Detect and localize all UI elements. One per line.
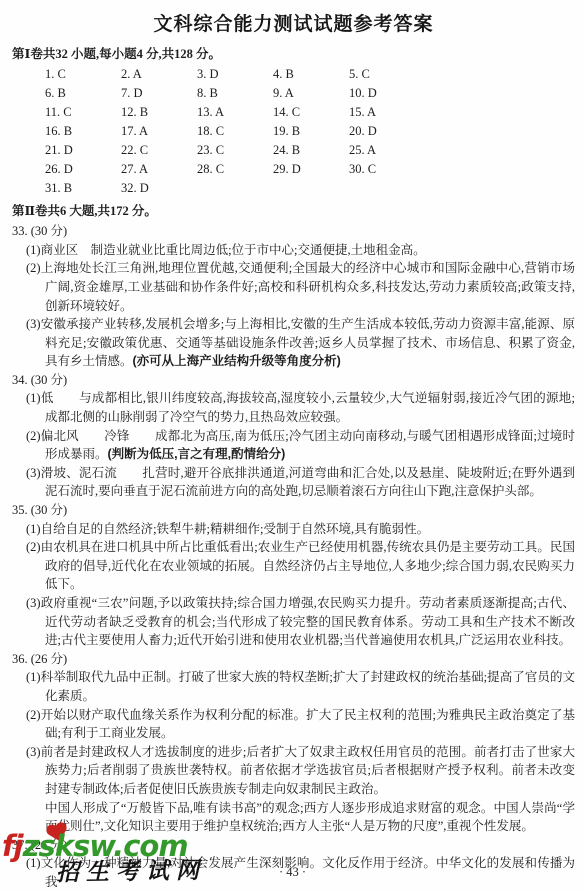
answer-item: 6. B [45, 84, 121, 103]
part-text: 上海地处长江三角洲,地理位置优越,交通便利;全国最大的经济中心城市和国际金融中心… [41, 261, 575, 312]
question-number: 33. (30 分) [12, 222, 575, 241]
answer-item: 30. C [349, 160, 425, 179]
answer-item: 22. C [121, 141, 197, 160]
question-number: 37. (26 分) [12, 836, 575, 855]
answer-item: 23. C [197, 141, 273, 160]
answer-item: 28. C [197, 160, 273, 179]
answer-item: 4. B [273, 65, 349, 84]
section1-heading: 第Ⅰ卷共32 小题,每小题4 分,共128 分。 [12, 45, 575, 64]
part-text: 由农机具在进口机具中所占比重低看出;农业生产已经使用机器,传统农具仍是主要劳动工… [41, 540, 575, 591]
answer-item: 20. D [349, 122, 425, 141]
section2-heading: 第Ⅱ卷共6 大题,共172 分。 [12, 202, 575, 221]
answer-item: 18. C [197, 122, 273, 141]
answer-part: 中国人形成了“万般皆下品,唯有读书高”的观念;西方人逐步形成追求财富的观念。中国… [26, 799, 575, 836]
page-title: 文科综合能力测试试题参考答案 [12, 16, 575, 35]
answer-part: (3)安徽承接产业转移,发展机会增多;与上海相比,安徽的生产生活成本较低,劳动力… [26, 315, 575, 371]
answer-part: (2)开始以财产取代血缘关系作为权利分配的标准。扩大了民主权利的范围;为雅典民主… [26, 706, 575, 743]
part-marker: (1) [26, 522, 41, 536]
answer-item: 11. C [45, 103, 121, 122]
question-parts: (1)科举制取代九品中正制。打破了世家大族的特权垄断;扩大了封建政权的统治基础;… [12, 668, 575, 835]
part-text: 中国人形成了“万般皆下品,唯有读书高”的观念;西方人逐步形成追求财富的观念。中国… [45, 801, 575, 834]
part-marker: (1) [26, 243, 41, 257]
part-marker: (1) [26, 670, 41, 684]
answer-item: 7. D [121, 84, 197, 103]
question-parts: (1)低 与成都相比,银川纬度较高,海拔较高,湿度较小,云量较少,大气逆辐射弱,… [12, 389, 575, 501]
page-number: · 43 · [0, 863, 585, 882]
answer-item: 14. C [273, 103, 349, 122]
answer-item: 9. A [273, 84, 349, 103]
answer-item: 2. A [121, 65, 197, 84]
part-marker: (1) [26, 391, 41, 405]
answer-part: (1)自给自足的自然经济;铁犁牛耕;精耕细作;受制于自然环境,具有脆弱性。 [26, 520, 575, 539]
part-marker: (2) [26, 429, 41, 443]
answer-part: (2)上海地处长江三角洲,地理位置优越,交通便利;全国最大的经济中心城市和国际金… [26, 259, 575, 315]
answer-item: 32. D [121, 179, 197, 198]
document-page: 文科综合能力测试试题参考答案 第Ⅰ卷共32 小题,每小题4 分,共128 分。 … [0, 0, 585, 892]
answer-item: 5. C [349, 65, 425, 84]
answer-item: 27. A [121, 160, 197, 179]
answer-part: (3)滑坡、泥石流 扎营时,避开谷底排洪通道,河道弯曲和汇合处,以及悬崖、陡坡附… [26, 464, 575, 501]
answer-item: 15. A [349, 103, 425, 122]
part-marker: (3) [26, 596, 41, 610]
answer-item: 13. A [197, 103, 273, 122]
part-note-bold: (判断为低压,言之有理,酌情给分) [108, 447, 286, 461]
question-block: 33. (30 分) (1)商业区 制造业就业比重比周边低;位于市中心;交通便捷… [12, 222, 575, 371]
answer-part: (1)低 与成都相比,银川纬度较高,海拔较高,湿度较小,云量较少,大气逆辐射弱,… [26, 389, 575, 426]
answer-item: 21. D [45, 141, 121, 160]
questions-list: 33. (30 分) (1)商业区 制造业就业比重比周边低;位于市中心;交通便捷… [12, 222, 575, 891]
answer-item: 10. D [349, 84, 425, 103]
answer-part: (2)偏北风 冷锋 成都北为高压,南为低压;冷气团主动向南移动,与暖气团相遇形成… [26, 427, 575, 464]
question-number: 36. (26 分) [12, 650, 575, 669]
part-text: 低 与成都相比,银川纬度较高,海拔较高,湿度较小,云量较少,大气逆辐射弱,接近冷… [41, 391, 575, 424]
answer-item: 31. B [45, 179, 121, 198]
part-marker: (3) [26, 317, 41, 331]
answer-item: 24. B [273, 141, 349, 160]
answer-item: 29. D [273, 160, 349, 179]
part-text: 政府重视“三农”问题,予以政策扶持;综合国力增强,农民购买力提升。劳动者素质逐渐… [41, 596, 575, 647]
answer-part: (3)政府重视“三农”问题,予以政策扶持;综合国力增强,农民购买力提升。劳动者素… [26, 594, 575, 650]
part-note-bold: (亦可从上海产业结构升级等角度分析) [133, 354, 341, 368]
part-marker: (3) [26, 466, 41, 480]
answer-grid: 1. C 2. A 3. D 4. B 5. C 6. B 7. D 8. B … [45, 65, 575, 197]
answer-part: (1)科举制取代九品中正制。打破了世家大族的特权垄断;扩大了封建政权的统治基础;… [26, 668, 575, 705]
answer-item: 1. C [45, 65, 121, 84]
part-text: 商业区 制造业就业比重比周边低;位于市中心;交通便捷,土地租金高。 [41, 243, 426, 257]
answer-item: 17. A [121, 122, 197, 141]
question-block: 36. (26 分) (1)科举制取代九品中正制。打破了世家大族的特权垄断;扩大… [12, 650, 575, 836]
answer-item: 8. B [197, 84, 273, 103]
part-marker: (2) [26, 540, 41, 554]
part-text: 科举制取代九品中正制。打破了世家大族的特权垄断;扩大了封建政权的统治基础;提高了… [41, 670, 575, 703]
answer-item: 26. D [45, 160, 121, 179]
part-text: 滑坡、泥石流 扎营时,避开谷底排洪通道,河道弯曲和汇合处,以及悬崖、陡坡附近;在… [41, 466, 575, 499]
answer-part: (3)前者是封建政权人才选拔制度的进步;后者扩大了奴隶主政权任用官员的范围。前者… [26, 743, 575, 799]
answer-item: 16. B [45, 122, 121, 141]
question-block: 34. (30 分) (1)低 与成都相比,银川纬度较高,海拔较高,湿度较小,云… [12, 371, 575, 501]
question-number: 35. (30 分) [12, 501, 575, 520]
part-text: 自给自足的自然经济;铁犁牛耕;精耕细作;受制于自然环境,具有脆弱性。 [41, 522, 430, 536]
question-block: 35. (30 分) (1)自给自足的自然经济;铁犁牛耕;精耕细作;受制于自然环… [12, 501, 575, 650]
answer-item: 12. B [121, 103, 197, 122]
part-text: 前者是封建政权人才选拔制度的进步;后者扩大了奴隶主政权任用官员的范围。前者打击了… [41, 745, 575, 796]
part-text: 开始以财产取代血缘关系作为权利分配的标准。扩大了民主权利的范围;为雅典民主政治奠… [41, 708, 575, 741]
answer-item: 3. D [197, 65, 273, 84]
part-marker: (3) [26, 745, 41, 759]
part-marker: (2) [26, 261, 41, 275]
answer-item: 19. B [273, 122, 349, 141]
question-number: 34. (30 分) [12, 371, 575, 390]
answer-part: (1)商业区 制造业就业比重比周边低;位于市中心;交通便捷,土地租金高。 [26, 241, 575, 260]
question-parts: (1)自给自足的自然经济;铁犁牛耕;精耕细作;受制于自然环境,具有脆弱性。 (2… [12, 520, 575, 650]
question-parts: (1)商业区 制造业就业比重比周边低;位于市中心;交通便捷,土地租金高。 (2)… [12, 241, 575, 371]
part-marker: (2) [26, 708, 41, 722]
answer-part: (2)由农机具在进口机具中所占比重低看出;农业生产已经使用机器,传统农具仍是主要… [26, 538, 575, 594]
answer-item: 25. A [349, 141, 425, 160]
